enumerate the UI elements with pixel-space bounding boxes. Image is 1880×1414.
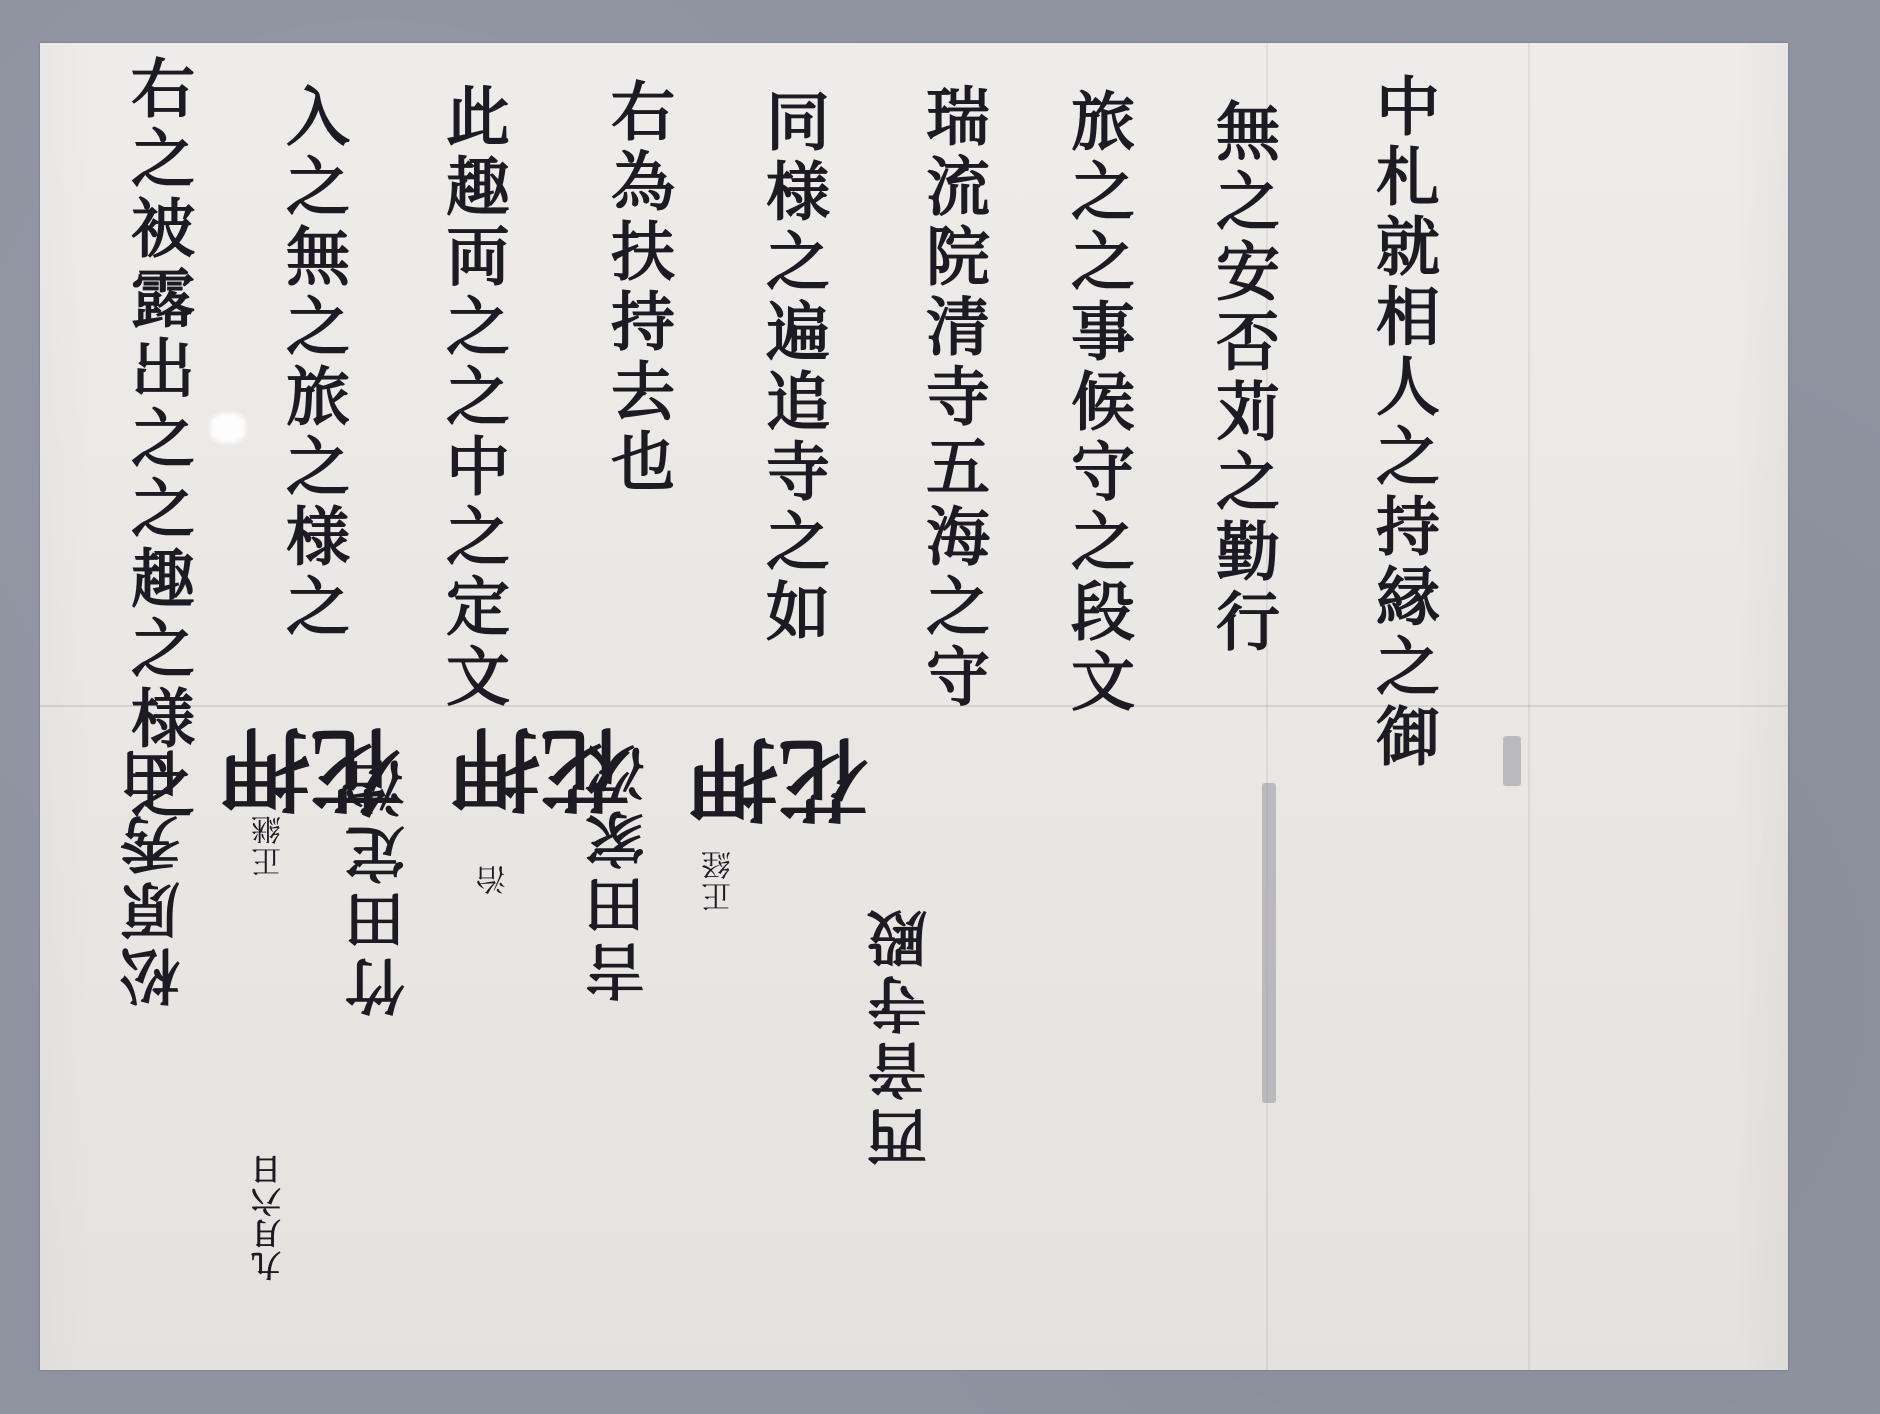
- signature-title-2: 治: [480, 863, 510, 895]
- kao-seal-1: 花押: [688, 733, 868, 823]
- body-column-3: 旅之之事候守之段文: [1065, 88, 1129, 718]
- signature-name-3: 松原秀由: [125, 743, 185, 1007]
- paper-stain: [1262, 783, 1276, 1103]
- body-column-4: 瑞流院清寺五海之守: [920, 83, 984, 713]
- paper-stain: [1503, 736, 1521, 786]
- body-column-7: 此趣両之之中之定文: [440, 83, 504, 713]
- vertical-fold-line: [1528, 43, 1530, 1370]
- signature-title-3: 正継: [255, 813, 285, 877]
- addressee: 西音寺殿: [872, 903, 932, 1167]
- kao-seal-2: 花押: [450, 723, 630, 813]
- body-column-5: 同様之遍追寺之如: [760, 88, 824, 648]
- body-column-8: 入之無之旅之様之: [280, 83, 344, 643]
- body-column-9: 右之被露出之之趣之様之: [125, 55, 189, 825]
- body-column-2: 無之安否苅之勤行: [1210, 98, 1274, 658]
- document-paper: 中札就相人之持縁之御 無之安否苅之勤行 旅之之事候守之段文 瑞流院清寺五海之守 …: [40, 43, 1788, 1370]
- body-column-6: 右為扶持去也: [605, 78, 669, 498]
- paper-glare: [210, 413, 246, 443]
- document-date: 九月六日: [255, 1153, 285, 1281]
- kao-seal-3: 花押: [220, 723, 400, 813]
- signature-title-1: 正経: [705, 848, 735, 912]
- body-column-1: 中札就相人之持縁之御: [1370, 73, 1434, 773]
- horizontal-fold-line: [40, 705, 1788, 707]
